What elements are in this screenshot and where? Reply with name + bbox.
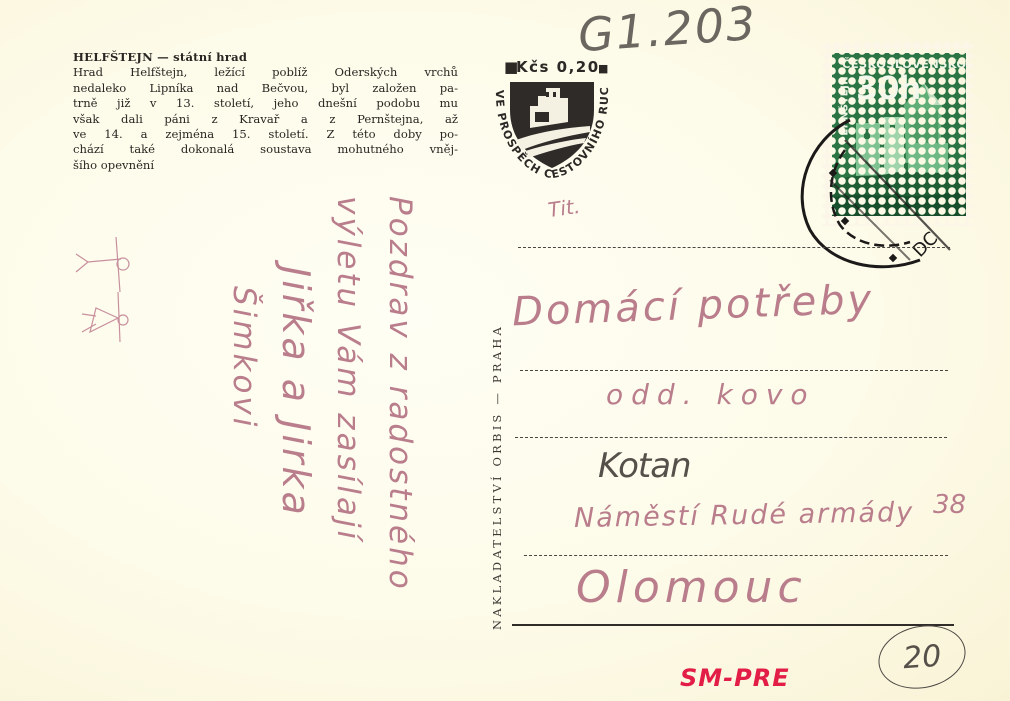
stick-figures-doodle bbox=[68, 232, 138, 362]
address-line-3 bbox=[515, 437, 947, 438]
postmark-ring-icon: DC bbox=[790, 110, 970, 280]
address-department: odd. kovo bbox=[606, 378, 816, 411]
svg-text:DC: DC bbox=[909, 228, 943, 262]
greeting-line: výletu Vám zasílají bbox=[322, 196, 374, 696]
description-line: však dali páni z Kravař a z Pernštejna, … bbox=[73, 112, 458, 127]
greeting-line: Šimkovi bbox=[218, 196, 270, 696]
address-line-5 bbox=[512, 624, 954, 626]
postmark: DC bbox=[790, 110, 970, 280]
address-line-1 bbox=[518, 247, 950, 248]
address-line-4 bbox=[524, 555, 948, 556]
greeting-line: Pozdrav z radostného bbox=[374, 196, 426, 696]
description-title: HELFŠTEJN — státní hrad bbox=[73, 50, 458, 65]
castle-shield-icon: ■ Kčs 0,20 ■ VE PROSPĚCH CESTOVNÍHO RUCH… bbox=[486, 48, 616, 186]
archive-reference: G1.203 bbox=[576, 0, 759, 62]
address-salutation: Tit. bbox=[546, 194, 581, 222]
description-line: Hrad Helfštejn, ležící poblíž Oderských … bbox=[73, 65, 458, 80]
address-line-2 bbox=[520, 370, 948, 371]
address-house-number: 38 bbox=[933, 490, 966, 520]
greeting-line: Jiřka a Jirka bbox=[270, 196, 322, 696]
address-city: Olomouc bbox=[576, 562, 807, 613]
description-line: nedaleko Lipníka nad Bečvou, byl založen… bbox=[73, 81, 458, 96]
address-attention: Kotan bbox=[598, 446, 691, 486]
description-line: ve 14. a zejména 15. století. Z této dob… bbox=[73, 127, 458, 142]
circled-number-value: 20 bbox=[902, 638, 943, 676]
red-marker-code: SM-PRE bbox=[680, 664, 790, 692]
tourism-cachet: ■ Kčs 0,20 ■ VE PROSPĚCH CESTOVNÍHO RUCH… bbox=[486, 48, 616, 186]
description-line: chází také dokonalá soustava mohutného v… bbox=[73, 142, 458, 157]
publisher-imprint: NAKLADATELSTVÍ ORBIS — PRAHA bbox=[490, 230, 506, 630]
svg-text:■: ■ bbox=[598, 62, 608, 75]
address-street: Náměstí Rudé armády bbox=[574, 497, 915, 534]
circled-number: 20 bbox=[873, 618, 972, 697]
stick-figures-icon bbox=[68, 232, 138, 362]
description-line: trně již v 13. století, jeho dnešní podo… bbox=[73, 96, 458, 111]
castle-description: HELFŠTEJN — státní hrad Hrad Helfštejn, … bbox=[73, 50, 458, 173]
handwritten-greeting: Pozdrav z radostného výletu Vám zasílají… bbox=[126, 196, 426, 696]
description-line: šího opevnění bbox=[73, 158, 458, 173]
stamp-value: 30h bbox=[856, 69, 920, 107]
address-recipient: Domácí potřeby bbox=[511, 277, 875, 336]
